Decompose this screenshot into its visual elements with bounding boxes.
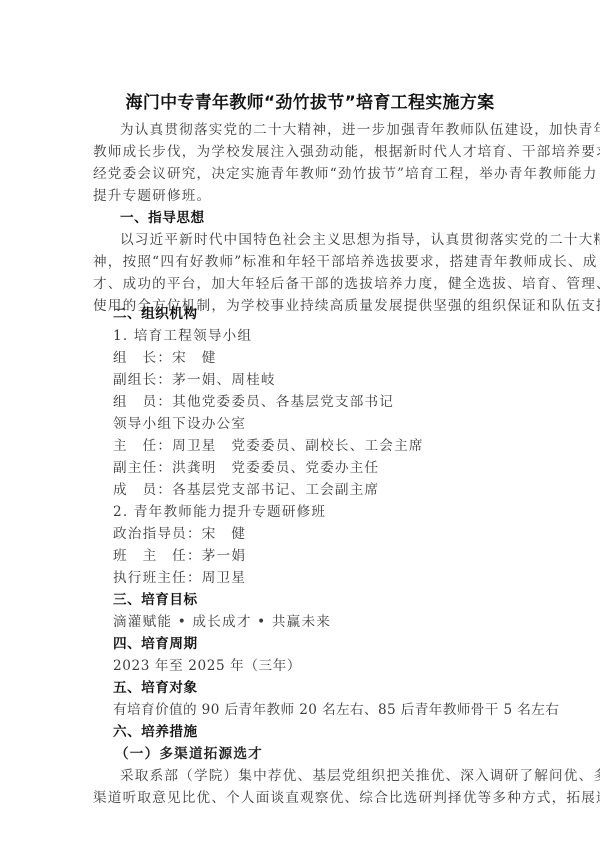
list-item: 副组长：茅一娟、周桂岐 [113,369,276,391]
subheading-multichannel: （一）多渠道拓源选才 [115,743,263,765]
subheading-training-class: 2. 青年教师能力提升专题研修班 [113,501,326,523]
list-item: 成 员：各基层党支部书记、工会副主席 [113,479,379,501]
list-item: 政治指导员：宋 健 [113,523,246,545]
subheading-leadership-group: 1. 培育工程领导小组 [113,325,252,347]
section-heading-guiding-ideology: 一、指导思想 [120,207,205,229]
list-item: 组 长：宋 健 [113,347,217,369]
paragraph-line: 渠道听取意见比优、个人面谈直观察优、综合比选研判择优等多种方式，拓展选 [93,787,527,809]
document-title: 海门中专青年教师“劲竹拔节”培育工程实施方案 [93,88,527,113]
section-heading-goals: 三、培育目标 [113,589,198,611]
list-item: 副主任：洪龚明 党委委员、党委办主任 [113,457,379,479]
targets-text: 有培育价值的 90 后青年教师 20 名左右、85 后青年教师骨干 5 名左右 [113,699,559,721]
paragraph-line: 神，按照“四有好教师”标准和年轻干部培养选拔要求，搭建青年教师成长、成 [93,251,527,273]
list-item: 组 员：其他党委委员、各基层党支部书记 [113,391,394,413]
paragraph-line: 以习近平新时代中国特色社会主义思想为指导，认真贯彻落实党的二十大精 [120,229,527,251]
list-item: 主 任：周卫星 党委委员、副校长、工会主席 [113,435,424,457]
intro-line: 为认真贯彻落实党的二十大精神，进一步加强青年教师队伍建设，加快青年 [120,119,527,141]
intro-line: 经党委会议研究，决定实施青年教师“劲竹拔节”培育工程，举办青年教师能力 [93,163,527,185]
office-label: 领导小组下设办公室 [113,413,246,435]
list-item: 执行班主任：周卫星 [113,567,246,589]
period-text: 2023 年至 2025 年（三年） [113,655,301,677]
section-heading-organization: 二、组织机构 [113,303,198,325]
paragraph-line: 采取系部（学院）集中荐优、基层党组织把关推优、深入调研了解问优、多 [120,765,527,787]
section-heading-period: 四、培育周期 [113,633,198,655]
goals-text: 滴灌赋能 • 成长成才 • 共赢未来 [113,611,331,633]
section-heading-targets: 五、培育对象 [113,677,198,699]
section-heading-measures: 六、培养措施 [113,721,198,743]
intro-line: 提升专题研修班。 [93,185,211,207]
paragraph-line: 才、成功的平台，加大年轻后备干部的选拔培养力度，健全选拔、培育、管理、 [93,273,527,295]
intro-line: 教师成长步伐，为学校发展注入强劲动能，根据新时代人才培育、干部培养要求， [93,141,527,163]
list-item: 班 主 任：茅一娟 [113,545,246,567]
